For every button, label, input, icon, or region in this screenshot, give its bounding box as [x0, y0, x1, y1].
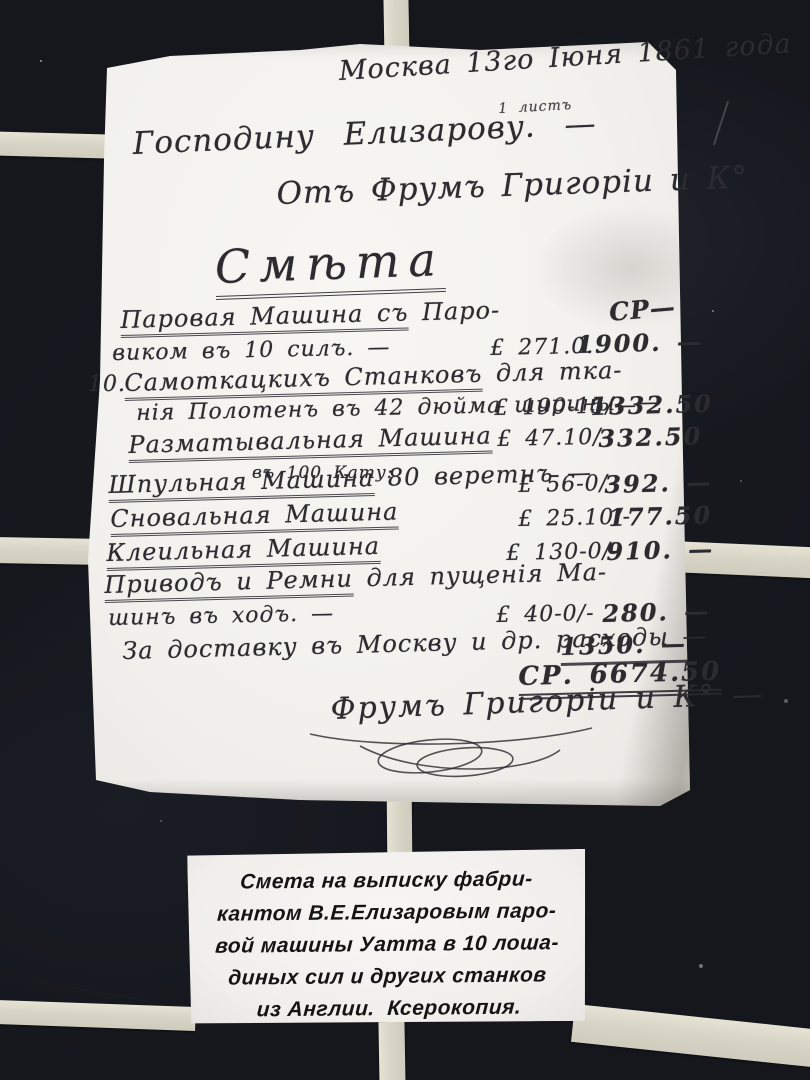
dust-speckles [40, 60, 42, 62]
tape-strip-bottom-left [0, 1000, 196, 1031]
estimate-title-text: Смѣта [214, 232, 446, 300]
item-amount-pounds: £ 47.10/- [497, 425, 610, 452]
tape-strip-left-lower [0, 537, 99, 565]
item-amount-pounds: £ 56-0/- [518, 471, 617, 498]
currency-column-header: СР— [608, 292, 677, 327]
item-name-continued: шинъ въ ходъ. — [108, 601, 334, 631]
item-quantity: 10. [88, 372, 126, 397]
item-name: Клеильная Машина [106, 532, 380, 567]
item-amount-rubles: 392. — [604, 467, 713, 499]
signature-flourish [300, 716, 600, 786]
estimate-title: Смѣта [214, 232, 446, 294]
caption-card: Смета на выписку фабри- кантом В.Е.Елиза… [187, 849, 587, 1025]
tape-strip-bottom-vertical [378, 1022, 405, 1080]
caption-line: кантом В.Е.Елизаровым паро- [199, 895, 575, 931]
item-amount-pounds: £ 40-0/- [496, 601, 595, 628]
caption-line: диных сил и других станков [199, 959, 575, 995]
item-amount-rubles: 910. — [606, 534, 715, 566]
caption-line: вой машины Уатта в 10 лоша- [199, 927, 575, 963]
scratch-mark [31, 980, 150, 1003]
scratch-mark [713, 101, 729, 145]
caption-text: Смета на выписку фабри- кантом В.Е.Елиза… [187, 849, 587, 1027]
item-amount-rubles: 177.50 [608, 500, 713, 532]
item-amount-rubles: 332.50 [598, 421, 703, 453]
caption-line: Смета на выписку фабри- [198, 863, 574, 899]
caption-line: из Англии. Ксерокопия. [200, 991, 576, 1027]
tape-strip-bottom-right [571, 1004, 810, 1067]
tape-strip-left-upper [0, 132, 107, 159]
photo-board: Москва 13го Іюня 1861 года 1 листъ Госпо… [0, 0, 810, 1080]
item-amount-rubles: 1900. — [576, 327, 703, 359]
item-amount-rubles: 1332.50 [590, 389, 713, 421]
